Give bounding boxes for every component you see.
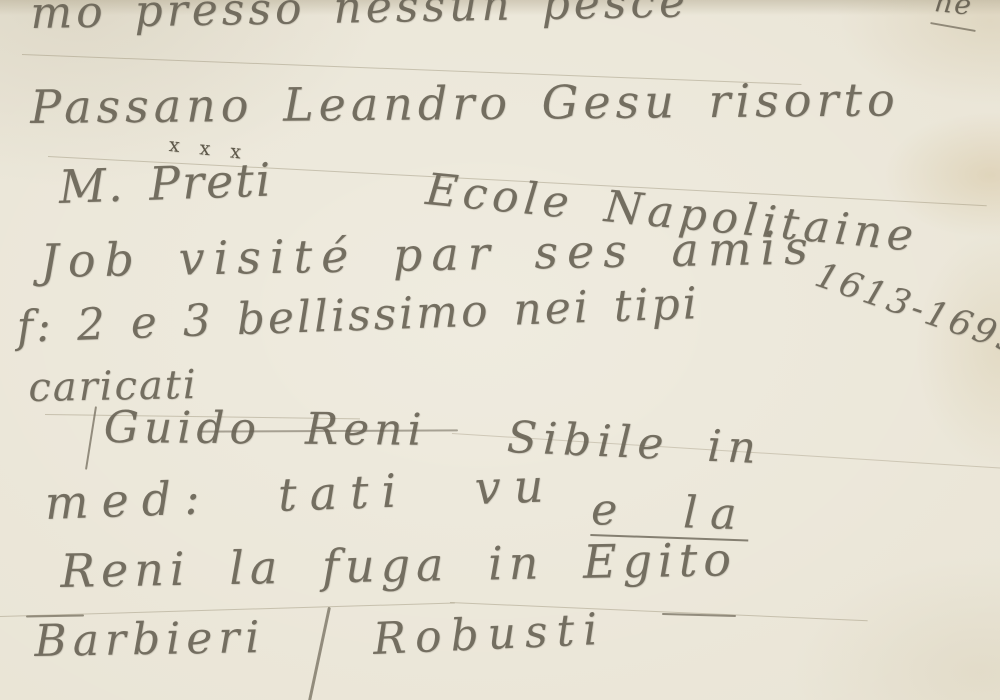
handwriting-line-job: Job visité par ses amis xyxy=(40,224,817,284)
vertical-bracket-mark xyxy=(85,406,97,470)
fragment-underline-dash xyxy=(930,22,976,32)
slash-divider-mark xyxy=(308,607,330,700)
handwriting-artist-robusti: Robusti xyxy=(372,608,607,662)
handwriting-line-2: Passano Leandro Gesu risorto xyxy=(30,76,900,130)
handwriting-dates: 1613-1699 xyxy=(811,258,1000,362)
handwriting-artist-preti: M. Preti xyxy=(58,157,273,210)
handwritten-notebook-page: mo presso nessun pesce Passano Leandro G… xyxy=(0,0,1000,700)
handwriting-artist-barbieri: Barbieri xyxy=(34,616,266,664)
handwriting-line-1: mo presso nessun pesce xyxy=(30,0,689,36)
handwriting-meditation: med: tati vu xyxy=(44,462,557,526)
handwriting-fuga-egito: Reni la fuga in Egito xyxy=(60,536,737,594)
handwriting-line-bellissimo: f: 2 e 3 bellissimo nei tipi xyxy=(16,282,700,350)
cutoff-fragment-top-right: ne xyxy=(933,0,974,20)
